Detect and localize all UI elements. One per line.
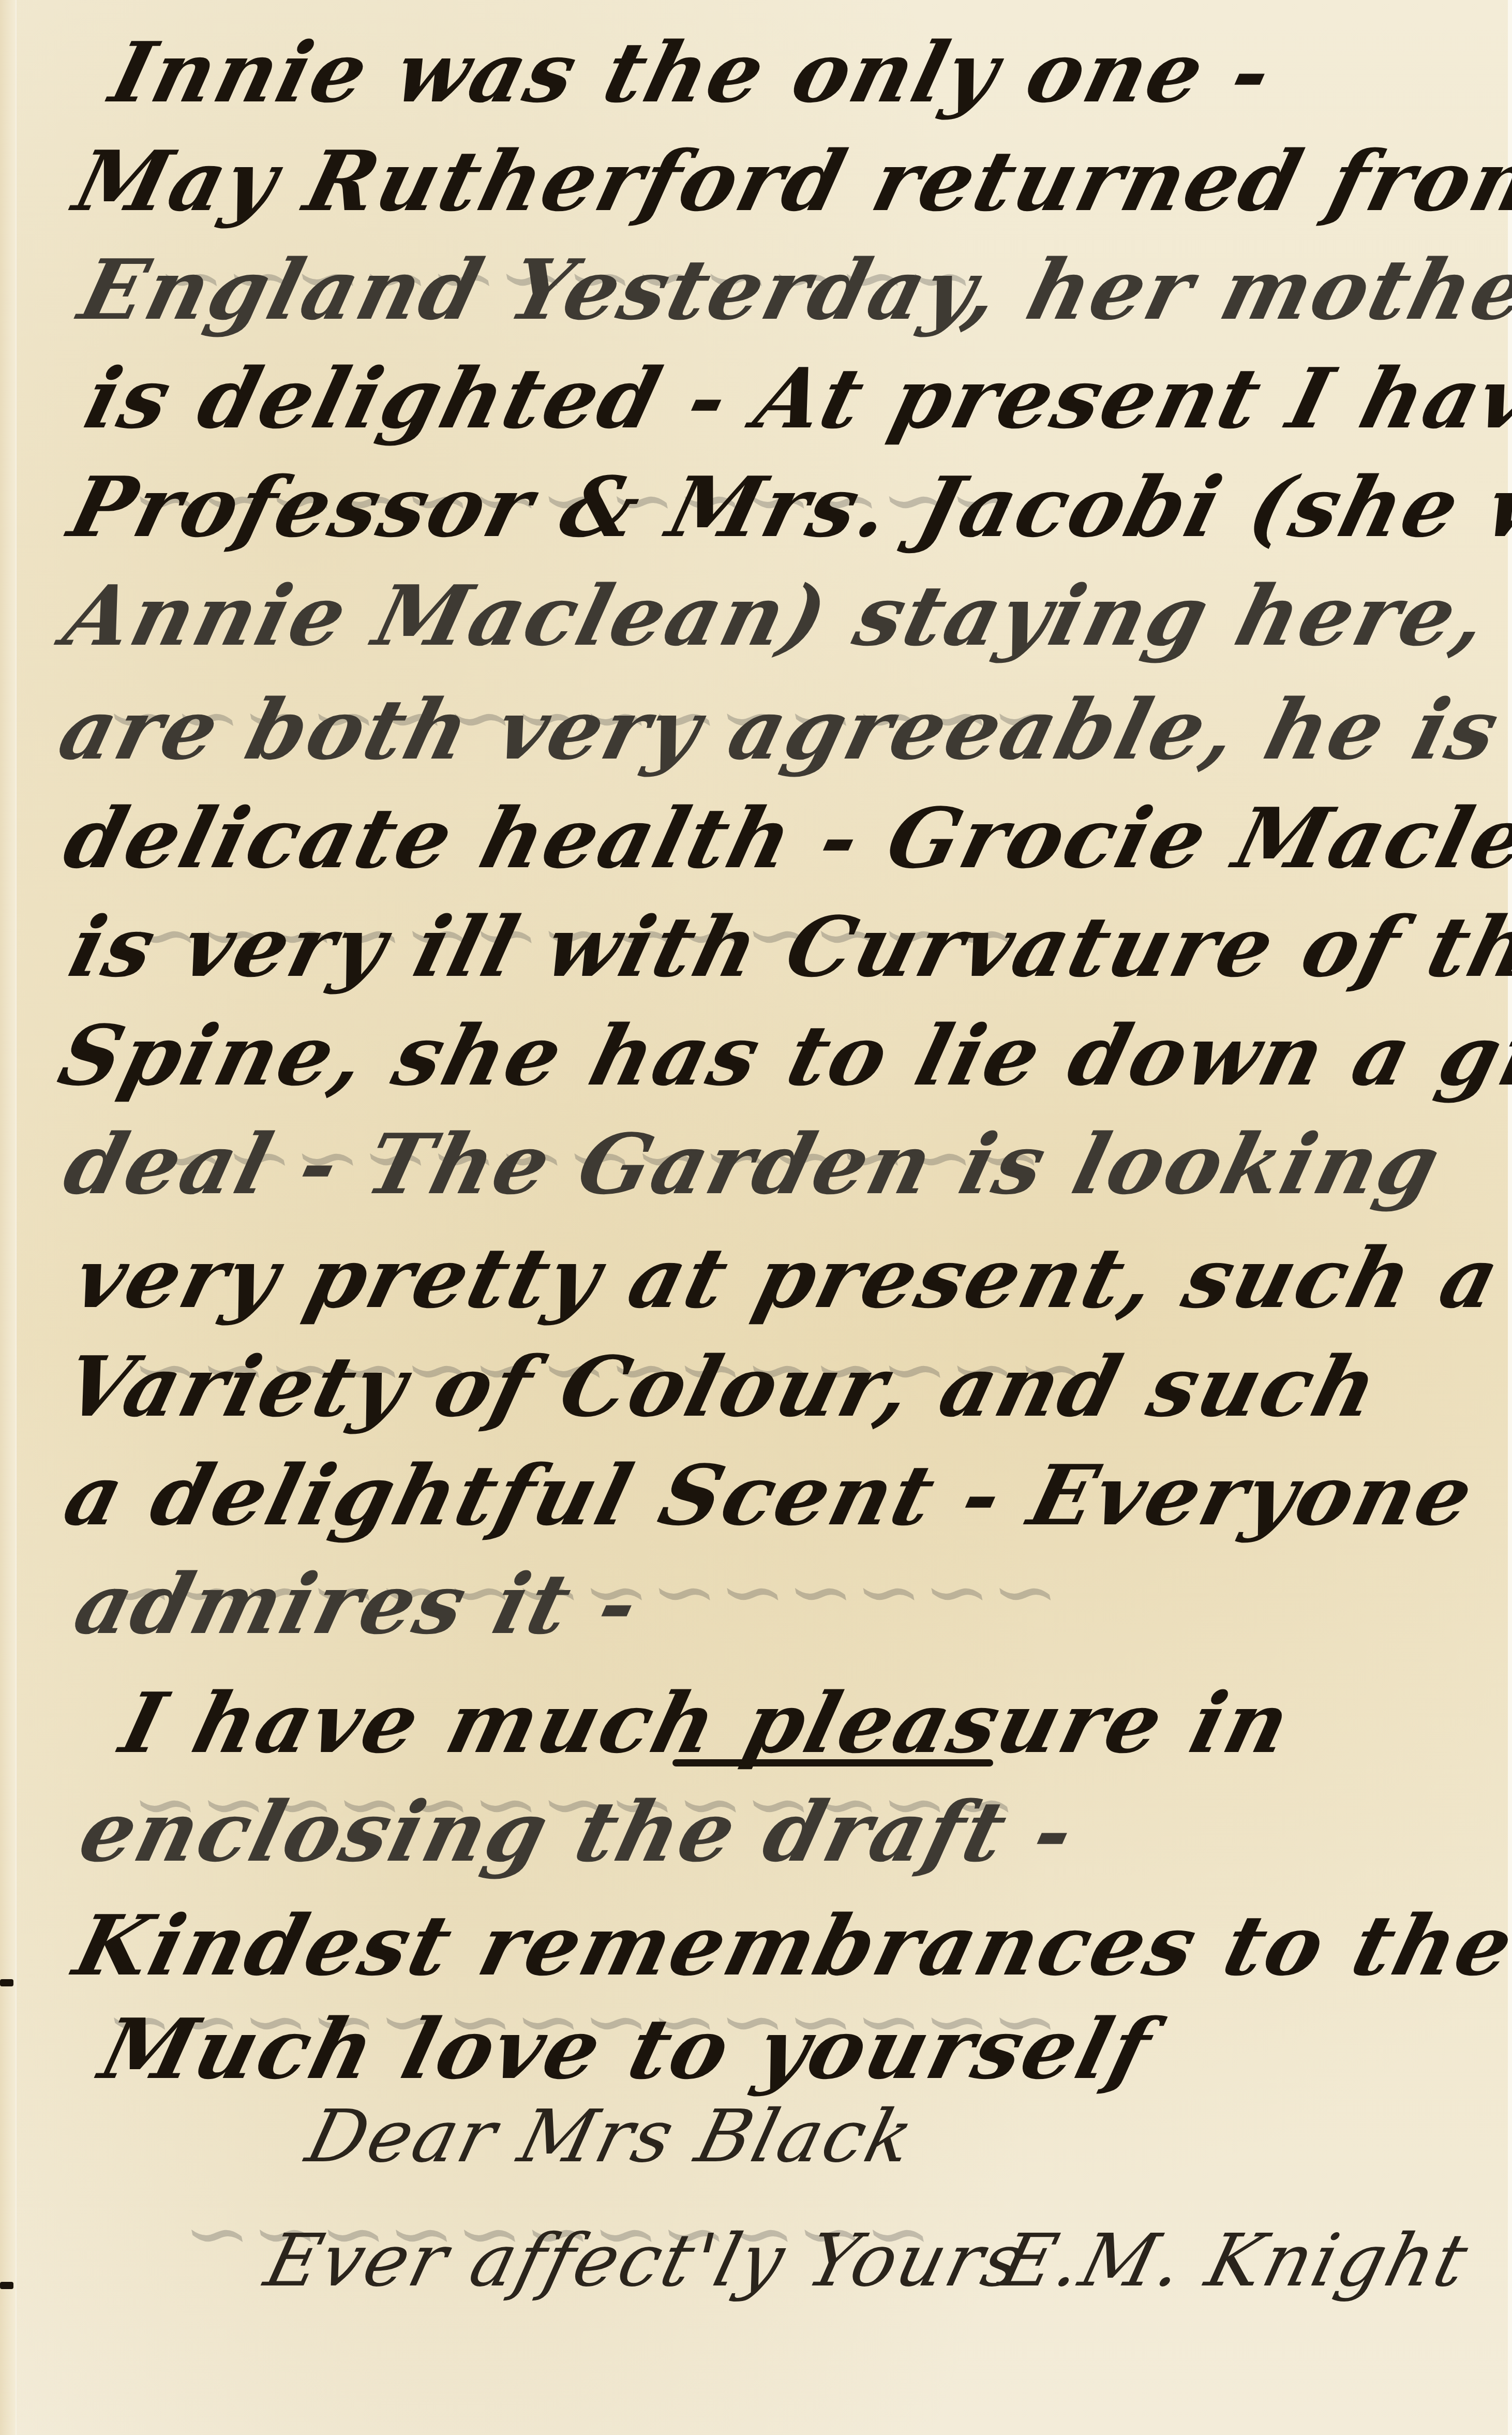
letter-line: Innie was the only one -: [103, 31, 1281, 114]
letter-line: very pretty at present, such a: [67, 1237, 1508, 1319]
salutation: Dear Mrs Black: [300, 2101, 922, 2173]
letter-line: enclosing the draft -: [72, 1790, 1083, 1873]
margin-ink-mark: [0, 2282, 13, 2289]
valediction: Ever affect'ly Yours: [259, 2225, 1032, 2297]
letter-line: is very ill with Curvature of the: [62, 905, 1512, 988]
letter-line: deal - The Garden is looking: [57, 1123, 1449, 1206]
letter-line: Kindest remembrances to the Girls: [67, 1904, 1512, 1987]
letter-line: Professor & Mrs. Jacobi (she was: [62, 466, 1512, 548]
letter-line: is delighted - At present I have: [78, 357, 1512, 440]
letter-line: Annie Maclean) staying here, they: [57, 574, 1512, 657]
signature: E.M. Knight: [993, 2225, 1476, 2297]
letter-line: May Rutherford returned from: [67, 140, 1512, 222]
letter-line: a delightful Scent - Everyone: [57, 1454, 1483, 1537]
letter-line: Variety of Colour, and such: [57, 1345, 1387, 1428]
letter-line: delicate health - Grocie Maclean: [57, 797, 1512, 880]
letter-line: Much love to yourself: [93, 2008, 1160, 2090]
letter-line: I have much pleasure in: [114, 1682, 1299, 1764]
letter-page: ~~~~~~~~~~~~ ~~~~~~~~~~~~~ ~~~~~~~~~~~~~…: [0, 0, 1512, 2435]
margin-ink-mark: [0, 1979, 13, 1986]
letter-line: admires it -: [67, 1563, 648, 1645]
letter-line: England Yesterday, her mother: [72, 248, 1512, 331]
letter-line: Spine, she has to lie down a great: [52, 1014, 1512, 1097]
underline-stroke: [672, 1759, 993, 1766]
letter-body: Innie was the only one - May Rutherford …: [0, 0, 1512, 2435]
letter-line: are both very agreeable, he is in: [52, 688, 1512, 771]
